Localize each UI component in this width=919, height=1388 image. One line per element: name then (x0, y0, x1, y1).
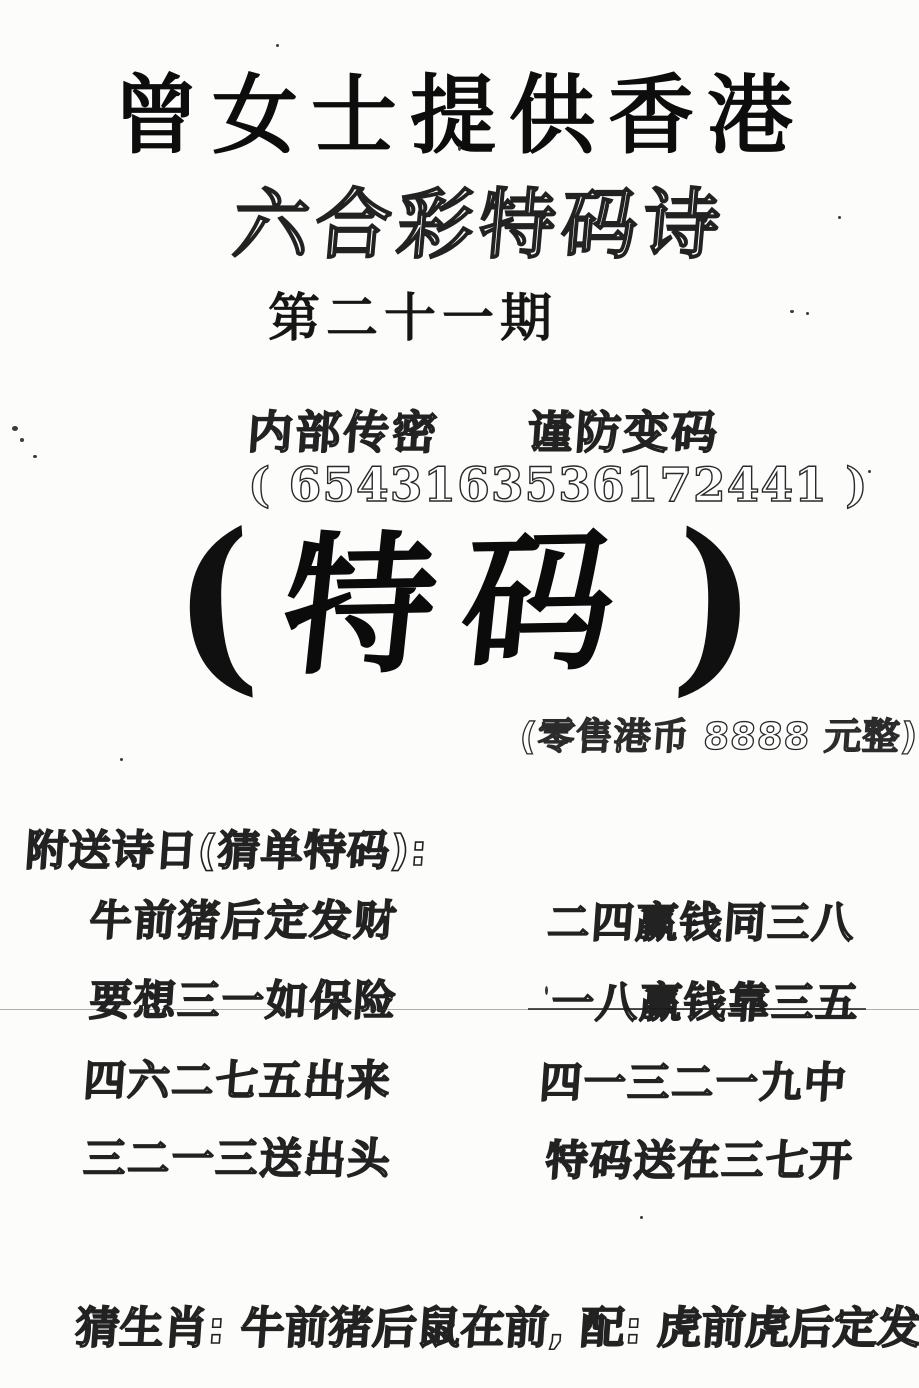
scan-speck (545, 986, 548, 995)
internal-secret-label: 内部传密 (246, 396, 443, 461)
poem-line-left: 牛前猪后定发财 (88, 888, 400, 948)
scan-speck (868, 470, 871, 473)
scan-speck (276, 44, 279, 47)
open-paren-brush: ( (167, 508, 262, 703)
scan-speck (838, 216, 841, 219)
close-paren-brush: ) (669, 508, 761, 701)
poem-line-left: 要想三一如保险 (88, 968, 400, 1028)
page-subtitle: 六合彩特码诗 (229, 164, 731, 273)
scan-speck (458, 146, 461, 151)
poem-intro: 附送诗日(猜单特码): (24, 818, 430, 878)
scan-speck (33, 455, 37, 458)
retail-price-note: (零售港币 8888 元整) (518, 706, 919, 760)
page-title: 曾女士提供香港 (0, 46, 919, 170)
scan-speck (806, 312, 809, 315)
zodiac-hint-line: 猜生肖: 牛前猪后鼠在前, 配: 虎前虎后定发财。 (74, 1292, 919, 1356)
scan-artifact-line-dark (528, 1008, 866, 1010)
scan-speck (790, 310, 794, 313)
poem-line-right: 特码送在三七开 (544, 1128, 856, 1188)
scan-speck (20, 438, 24, 442)
poem-line-right: 一八赢钱靠三五 (550, 970, 862, 1030)
issue-number: 第二十一期 (268, 276, 558, 351)
poem-line-left: 三二一三送出头 (82, 1126, 394, 1186)
poem-line-right: 四一三二一九中 (538, 1050, 850, 1110)
scan-speck (120, 758, 123, 761)
poem-line-left: 四六二七五出来 (82, 1048, 394, 1108)
poem-line-right: 二四赢钱同三八 (546, 890, 858, 950)
scan-speck (12, 426, 18, 431)
special-code-banner: ( 特码 ) (175, 500, 755, 710)
anti-counterfeit-label: 谨防变码 (526, 396, 723, 461)
scan-speck (640, 1216, 643, 1219)
special-code-text: 特码 (276, 526, 649, 684)
scanned-lottery-flyer: 曾女士提供香港 六合彩特码诗 第二十一期 内部传密 谨防变码 ( 6543163… (0, 0, 919, 1388)
